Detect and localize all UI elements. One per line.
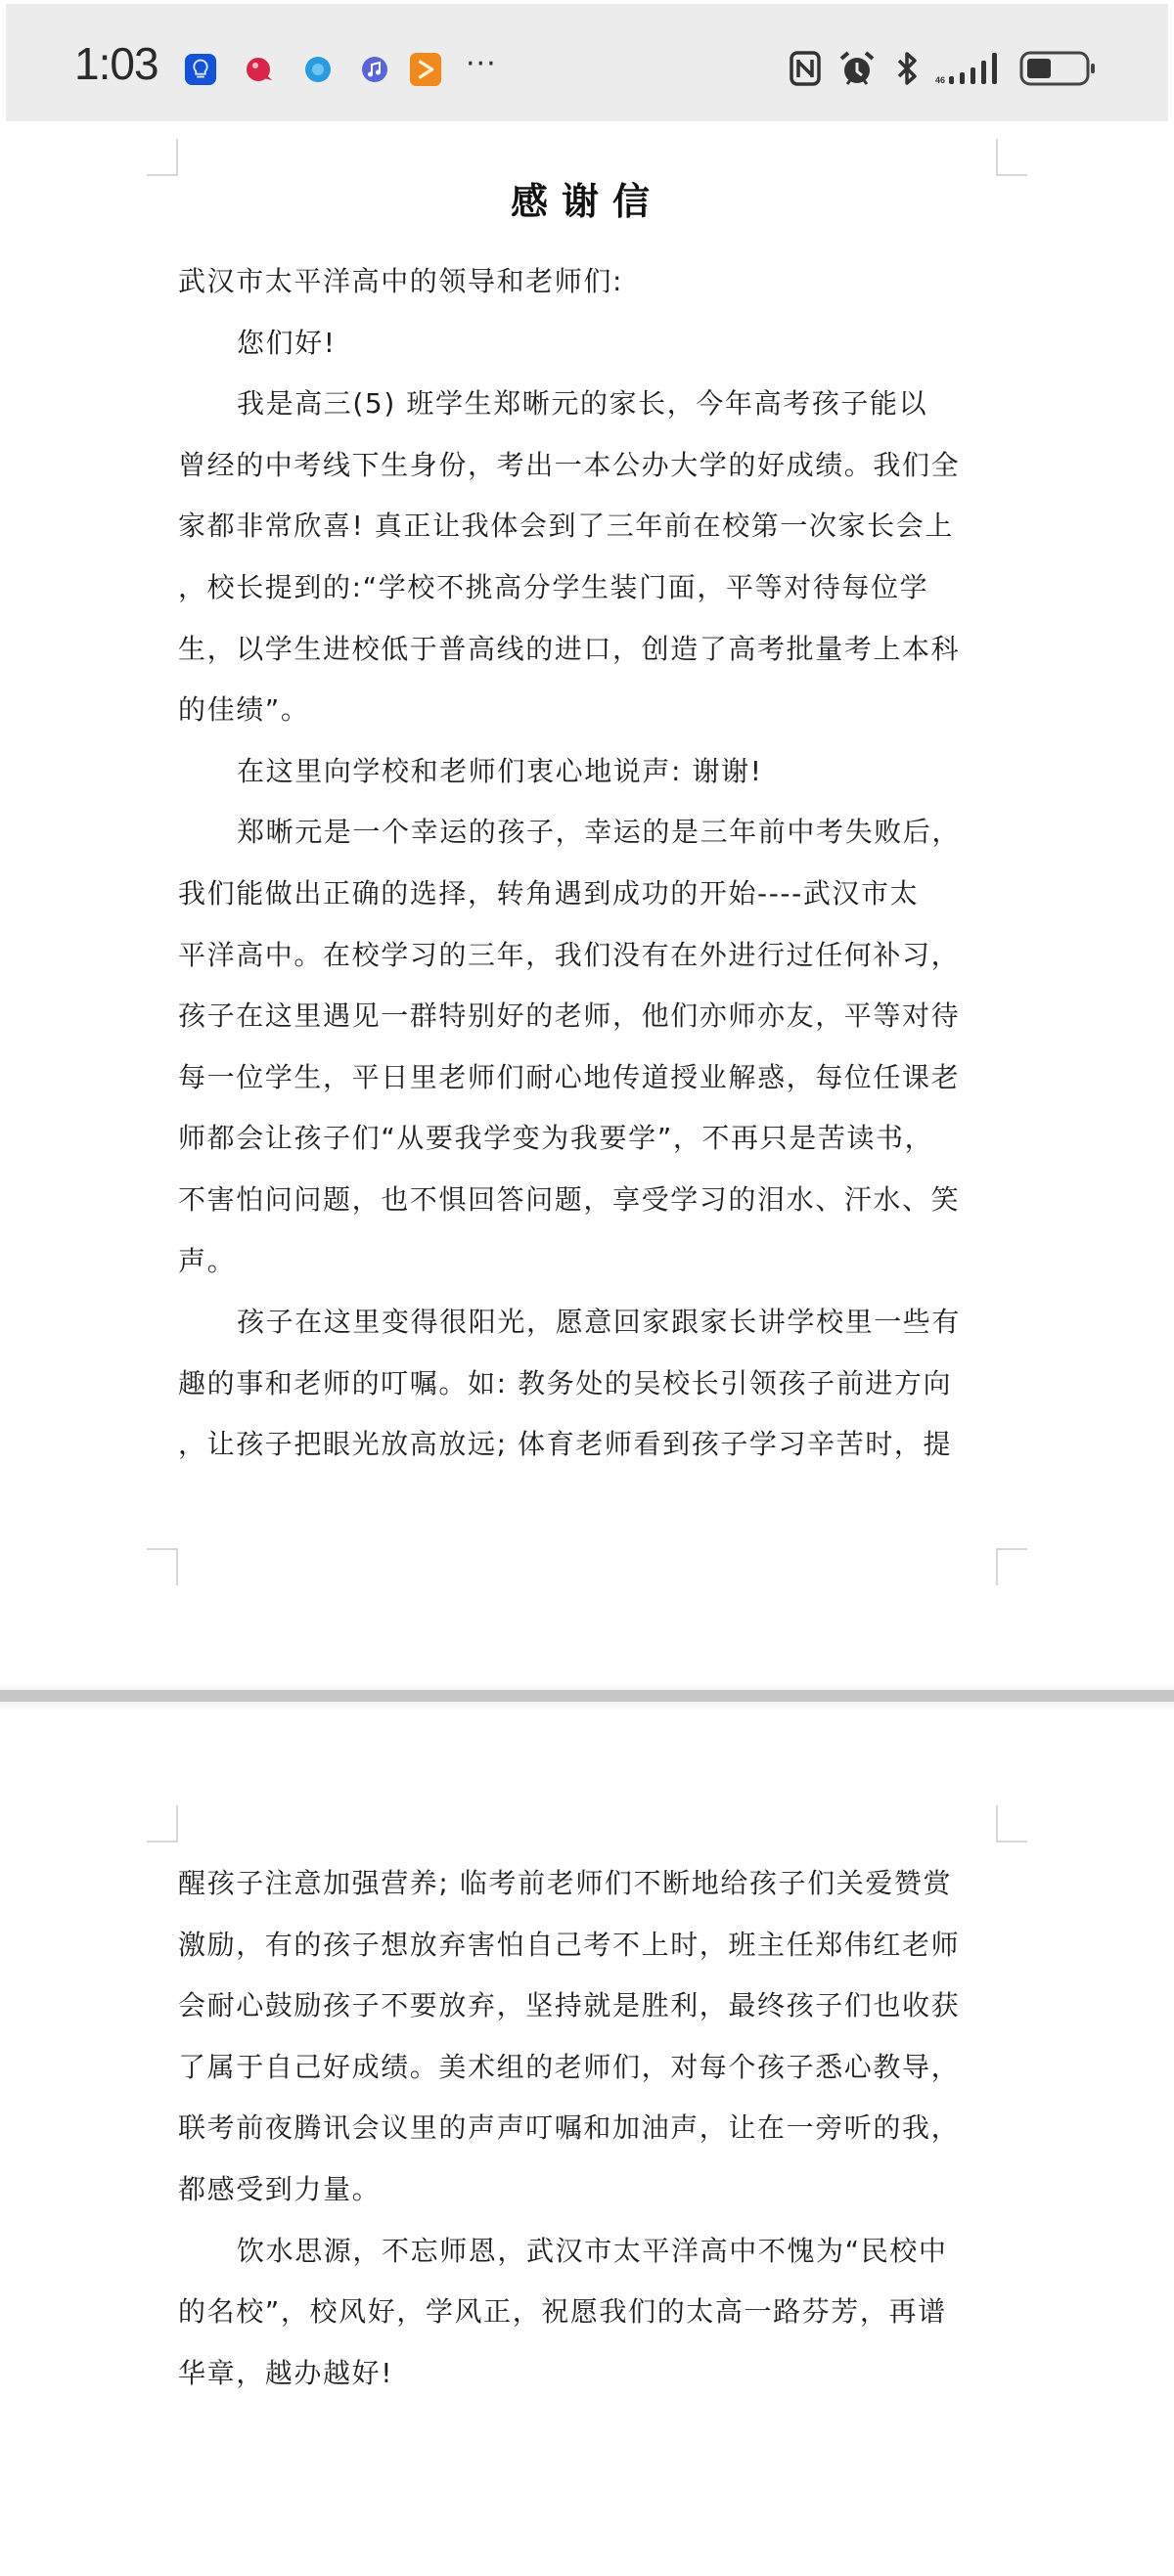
text-line: 生，以学生进校低于普高线的进口，创造了高考批量考上本科 [178, 630, 1000, 691]
chat-bubble-app-icon [243, 53, 276, 86]
text-line: 平洋高中。在校学习的三年，我们没有在外进行过任何补习， [178, 936, 1000, 998]
document-title: 感谢信 [0, 176, 1174, 227]
page1-corner-mark-bottom-right [996, 1548, 1027, 1585]
text-line: 会耐心鼓励孩子不要放弃，坚持就是胜利，最终孩子们也收获 [178, 1986, 1000, 2048]
text-line: 趣的事和老师的叮嘱。如: 教务处的吴校长引领孩子前进方向 [178, 1364, 1000, 1426]
text-line: 孩子在这里变得很阳光，愿意回家跟家长讲学校里一些有 [178, 1303, 1000, 1364]
text-line: 联考前夜腾讯会议里的声声叮嘱和加油声，让在一旁听的我， [178, 2109, 1000, 2170]
text-line: 郑晰元是一个幸运的孩子，幸运的是三年前中考失败后， [178, 813, 1000, 874]
text-line: ，让孩子把眼光放高放远; 体育老师看到孩子学习辛苦时，提 [178, 1425, 1000, 1487]
alarm-icon [837, 49, 877, 88]
music-app-icon [358, 53, 391, 86]
text-line: 不害怕问问题，也不惧回答问题，享受学习的泪水、汗水、笑 [178, 1180, 1000, 1242]
text-line: 孩子在这里遇见一群特别好的老师，他们亦师亦友，平等对待 [178, 997, 1000, 1058]
text-line: 激励，有的孩子想放弃害怕自己考不上时，班主任郑伟红老师 [178, 1926, 1000, 1987]
battery-icon [1019, 49, 1098, 88]
text-line: 家都非常欣喜! 真正让我体会到了三年前在校第一次家长会上 [178, 507, 1000, 568]
text-line: 饮水思源，不忘师恩，武汉市太平洋高中不愧为“民校中 [178, 2232, 1000, 2293]
browser-app-icon [301, 53, 335, 86]
status-time: 1:03 [74, 39, 158, 88]
video-play-app-icon [409, 53, 442, 86]
text-line: 曾经的中考线下生身份，考出一本公办大学的好成绩。我们全 [178, 446, 1000, 508]
page-separator [0, 1690, 1174, 1702]
page2-corner-mark-top-right [996, 1805, 1027, 1843]
closing-line: 华章，越办越好! [178, 2354, 1000, 2416]
page1-corner-mark-top-left [147, 139, 178, 176]
text-line: 我是高三(5) 班学生郑晰元的家长，今年高考孩子能以 [178, 384, 1000, 446]
svg-text:46: 46 [935, 75, 945, 85]
text-line: 声。 [178, 1242, 1000, 1304]
text-line: 的名校”，校风好，学风正，祝愿我们的太高一路芬芳，再谱 [178, 2292, 1000, 2354]
text-line: 都感受到力量。 [178, 2170, 1000, 2232]
text-line: 师都会让孩子们“从要我学变为我要学”，不再只是苦读书， [178, 1119, 1000, 1180]
page1-corner-mark-top-right [996, 139, 1027, 176]
text-line: ，校长提到的:“学校不挑高分学生装门面，平等对待每位学 [178, 568, 1000, 630]
page2-corner-mark-top-left [147, 1805, 178, 1843]
salutation-line: 武汉市太平洋高中的领导和老师们: [178, 262, 1000, 324]
greeting-line: 您们好! [178, 324, 1000, 385]
bulb-app-icon [184, 53, 217, 86]
text-line: 了属于自己好成绩。美术组的老师们，对每个孩子悉心教导， [178, 2048, 1000, 2110]
signal-icon: 46 [935, 49, 1006, 88]
page1-corner-mark-bottom-left [147, 1548, 178, 1585]
more-notifications-icon: ··· [466, 47, 497, 82]
status-bar: 1:03 ··· [6, 4, 1168, 121]
nfc-icon [789, 49, 822, 88]
text-line: 在这里向学校和老师们衷心地说声: 谢谢! [178, 752, 1000, 814]
text-line: 我们能做出正确的选择，转角遇到成功的开始----武汉市太 [178, 874, 1000, 936]
page1-body: 武汉市太平洋高中的领导和老师们: 您们好! 我是高三(5) 班学生郑晰元的家长，… [178, 262, 1000, 1487]
page2-body: 醒孩子注意加强营养; 临考前老师们不断地给孩子们关爱赞赏 激励，有的孩子想放弃害… [178, 1864, 1000, 2415]
bluetooth-icon [892, 49, 922, 88]
text-line: 每一位学生，平日里老师们耐心地传道授业解惑，每位任课老 [178, 1058, 1000, 1120]
text-line: 的佳绩”。 [178, 690, 1000, 752]
text-line: 醒孩子注意加强营养; 临考前老师们不断地给孩子们关爱赞赏 [178, 1864, 1000, 1926]
